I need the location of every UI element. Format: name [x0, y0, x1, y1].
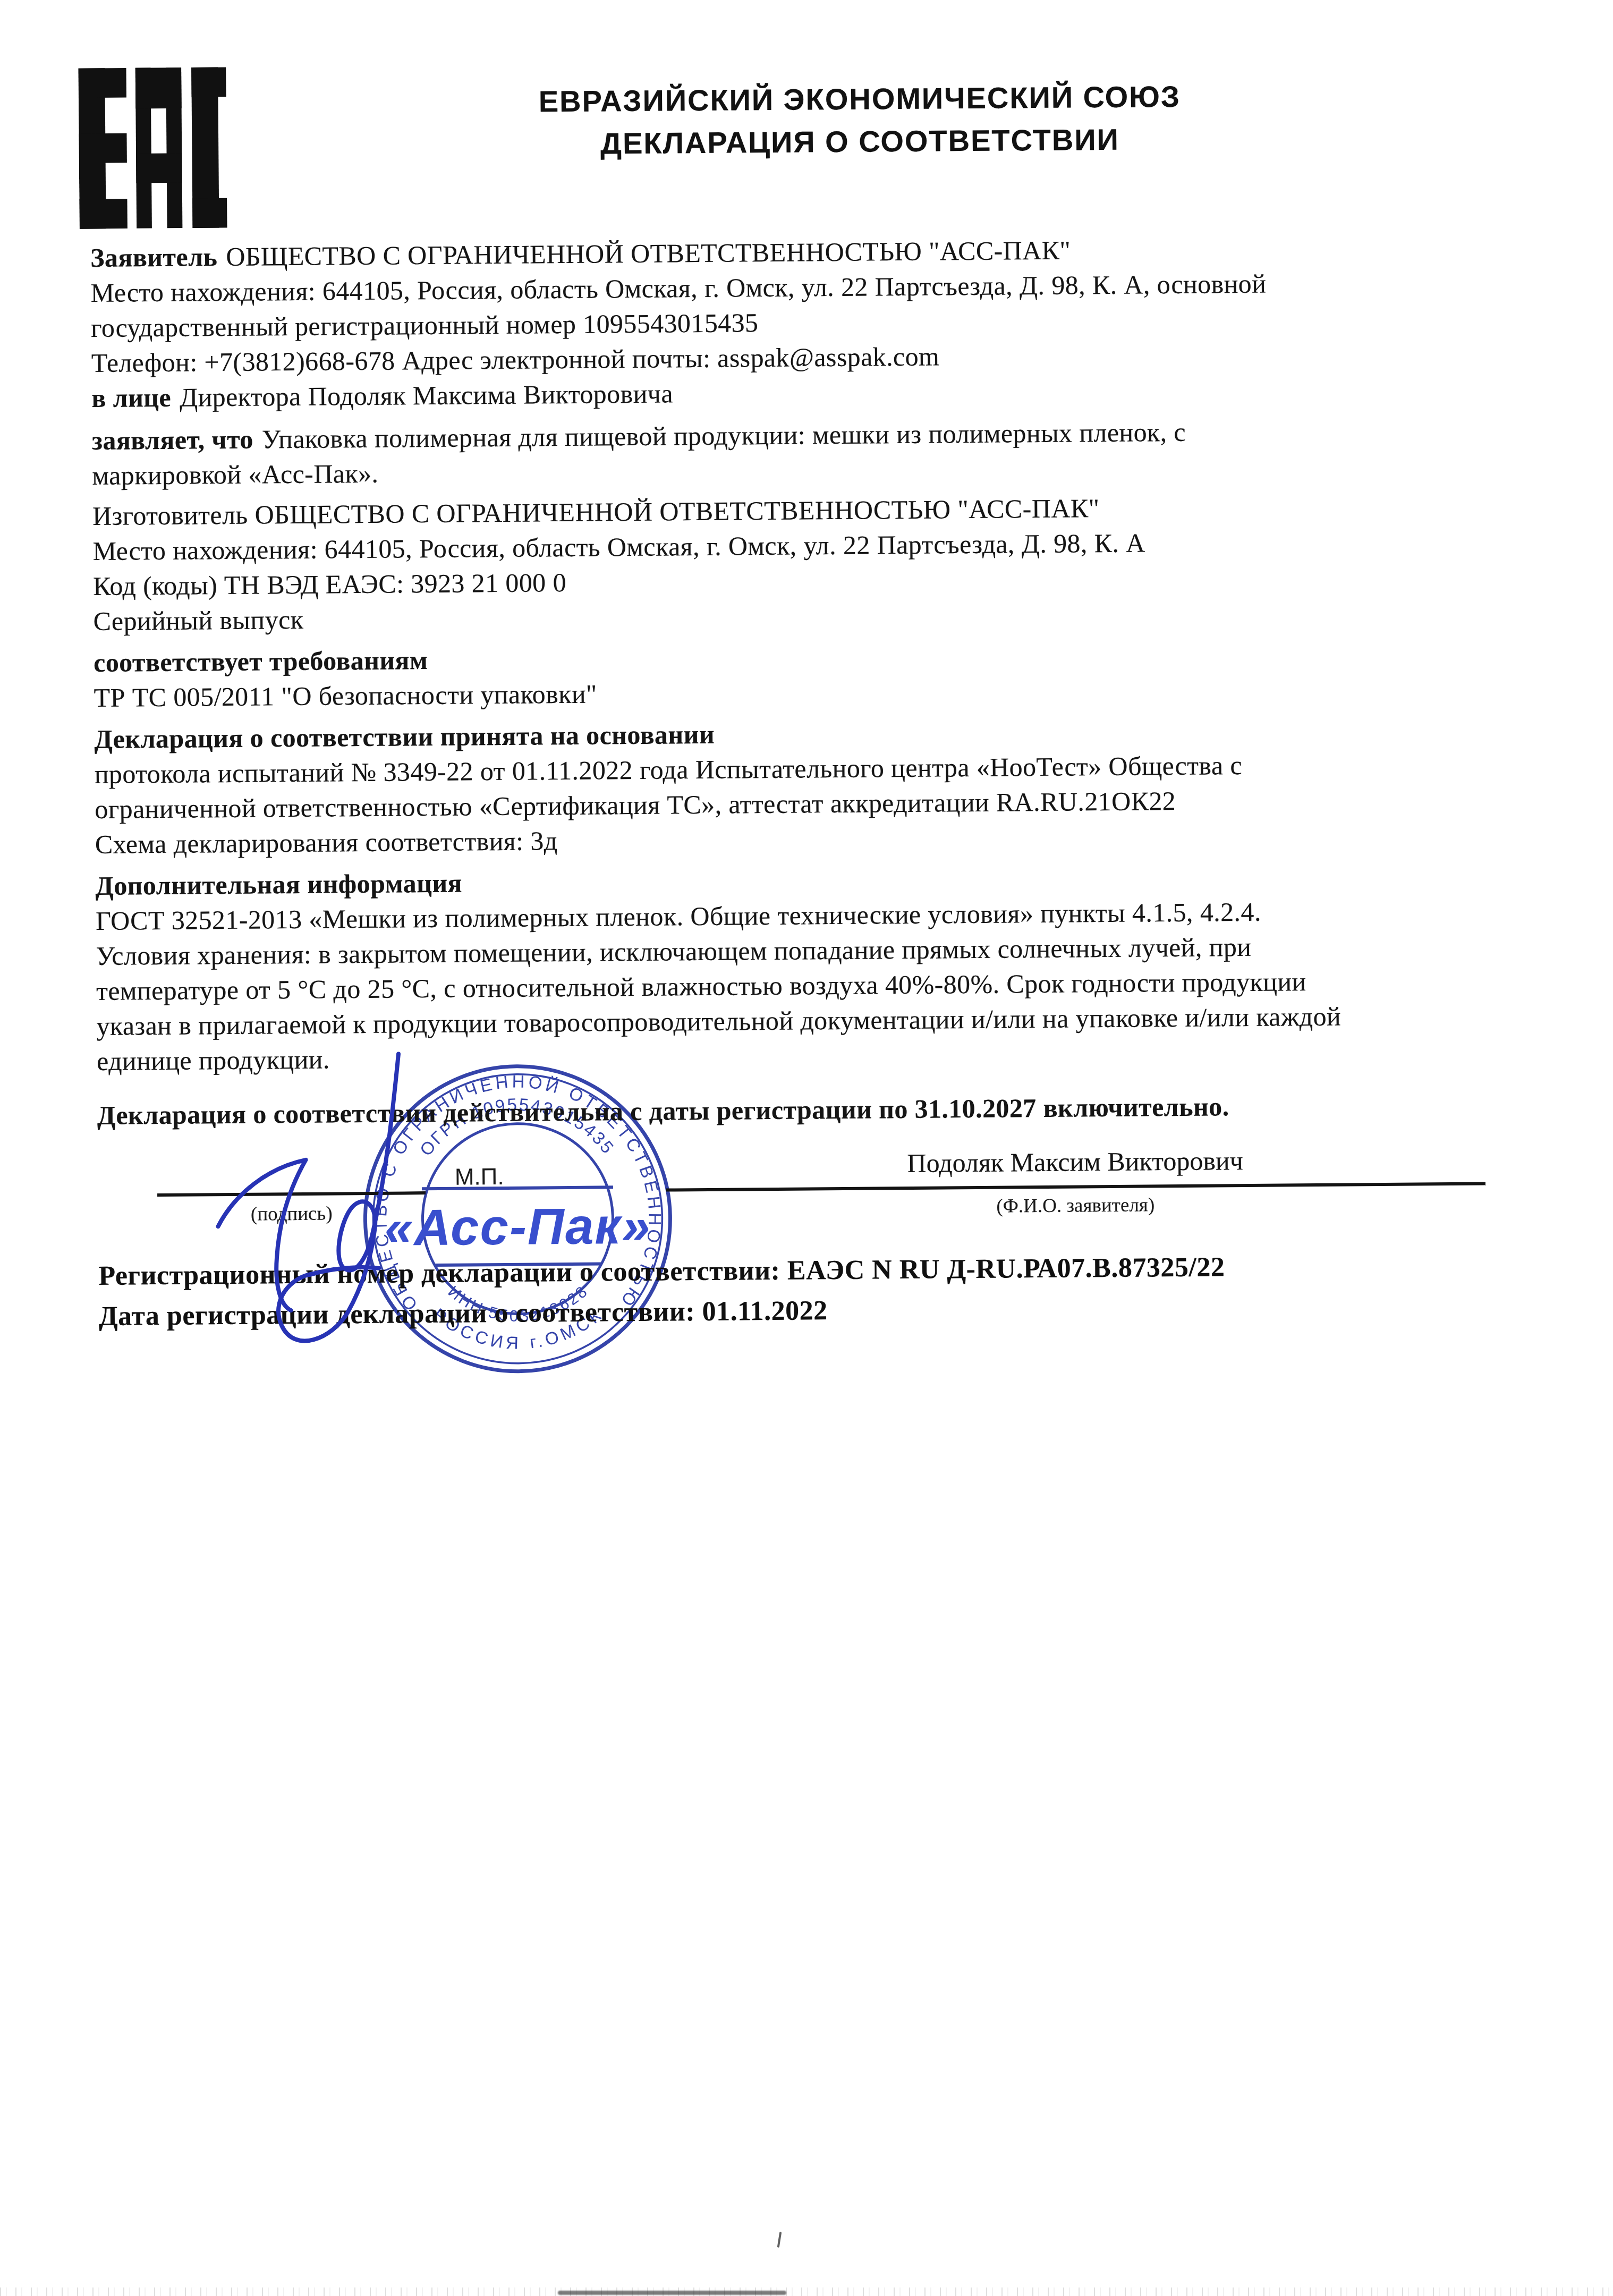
document-title: ЕВРАЗИЙСКИЙ ЭКОНОМИЧЕСКИЙ СОЮЗ ДЕКЛАРАЦИ…: [318, 74, 1402, 167]
manufacturer-block: Изготовитель ОБЩЕСТВО С ОГРАНИЧЕННОЙ ОТВ…: [92, 487, 1528, 639]
declaration-document: ЕВРАЗИЙСКИЙ ЭКОНОМИЧЕСКИЙ СОЮЗ ДЕКЛАРАЦИ…: [0, 0, 1613, 2296]
scan-noise-smudge: [558, 2291, 786, 2295]
stamp-upper-rule: [422, 1187, 613, 1189]
representative-label: в лице: [91, 383, 171, 413]
declaration-body: ЗаявительОБЩЕСТВО С ОГРАНИЧЕННОЙ ОТВЕТСТ…: [90, 229, 1532, 1133]
declarant-caption: (Ф.И.О. заявителя): [879, 1193, 1272, 1219]
representative-text: Директора Подоляк Максима Викторовича: [180, 378, 673, 412]
stamp-place-mark: М.П.: [455, 1164, 504, 1191]
basis-block: Декларация о соответствии принята на осн…: [94, 710, 1530, 862]
applicant-label: Заявитель: [90, 242, 218, 273]
signature-left-flourish: [218, 1160, 307, 1311]
scanned-sheet: ЕВРАЗИЙСКИЙ ЭКОНОМИЧЕСКИЙ СОЮЗ ДЕКЛАРАЦИ…: [0, 0, 1613, 2296]
handwritten-signature: [182, 1033, 450, 1381]
declarant-name: Подоляк Максим Викторович: [878, 1145, 1271, 1179]
applicant-name: ОБЩЕСТВО С ОГРАНИЧЕННОЙ ОТВЕТСТВЕННОСТЬЮ…: [226, 235, 1071, 272]
declares-product: Упаковка полимерная для пищевой продукци…: [262, 417, 1186, 454]
applicant-block: ЗаявительОБЩЕСТВО С ОГРАНИЧЕННОЙ ОТВЕТСТ…: [90, 229, 1526, 416]
scan-noise-strip: [0, 2287, 1613, 2296]
declares-block: заявляет, чтоУпаковка полимерная для пищ…: [92, 412, 1527, 493]
declarant-name-rule: [666, 1182, 1485, 1191]
eac-mark-icon: [78, 64, 227, 232]
signature-main-stroke: [276, 1054, 401, 1341]
declares-label: заявляет, что: [92, 425, 253, 455]
conformity-block: соответствует требованиям ТР ТС 005/2011…: [94, 634, 1529, 715]
title-declaration-line: ДЕКЛАРАЦИЯ О СООТВЕТСТВИИ: [318, 116, 1402, 167]
